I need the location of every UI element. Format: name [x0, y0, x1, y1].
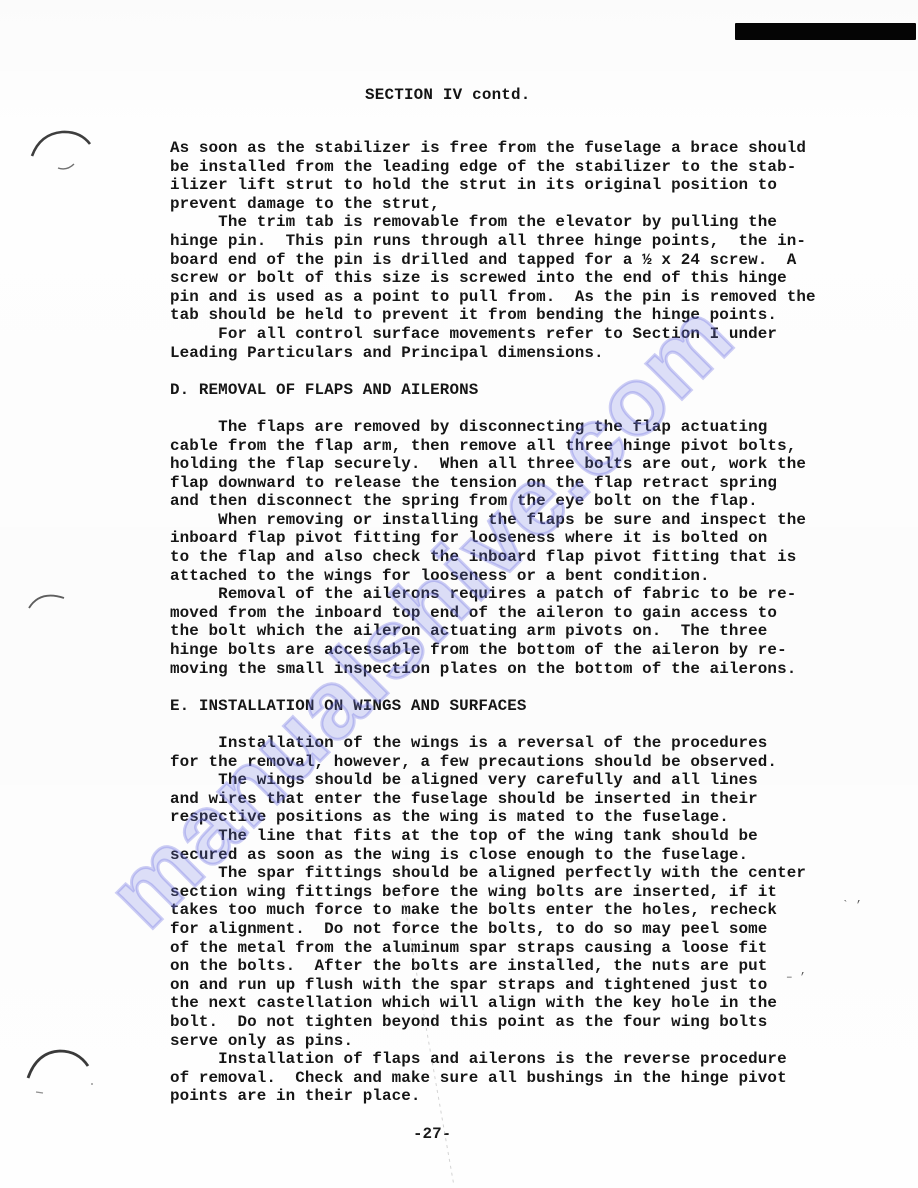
- scan-mark-arc-bottom: [22, 1042, 98, 1098]
- document-body: As soon as the stabilizer is free from t…: [170, 139, 870, 1106]
- paragraph-stabilizer-brace: As soon as the stabilizer is free from t…: [170, 139, 870, 213]
- scan-mark-arc-middle: [26, 586, 82, 618]
- paragraph-align-wings: The wings should be aligned very careful…: [170, 771, 870, 827]
- scan-mark-arc-top: [28, 124, 98, 174]
- scan-artifact-black-bar: [735, 23, 916, 40]
- paragraph-wing-tank-line: The line that fits at the top of the win…: [170, 827, 870, 864]
- paragraph-trim-tab: The trim tab is removable from the eleva…: [170, 213, 870, 325]
- section-header: SECTION IV contd.: [365, 86, 531, 104]
- paragraph-spar-fittings: The spar fittings should be aligned perf…: [170, 864, 870, 1050]
- page-number: -27-: [413, 1125, 451, 1143]
- paragraph-inspect-pivot-fitting: When removing or installing the flaps be…: [170, 511, 870, 585]
- paragraph-flaps-removed: The flaps are removed by disconnecting t…: [170, 418, 870, 511]
- paragraph-installation-of-wings: Installation of the wings is a reversal …: [170, 734, 870, 771]
- paragraph-installation-flaps-ailerons: Installation of flaps and ailerons is th…: [170, 1050, 870, 1106]
- heading-removal-of-flaps-and-ailerons: D. REMOVAL OF FLAPS AND AILERONS: [170, 381, 870, 400]
- paragraph-aileron-removal: Removal of the ailerons requires a patch…: [170, 585, 870, 678]
- heading-installation-on-wings-and-surfaces: E. INSTALLATION ON WINGS AND SURFACES: [170, 697, 870, 716]
- paragraph-control-surface-refer: For all control surface movements refer …: [170, 325, 870, 362]
